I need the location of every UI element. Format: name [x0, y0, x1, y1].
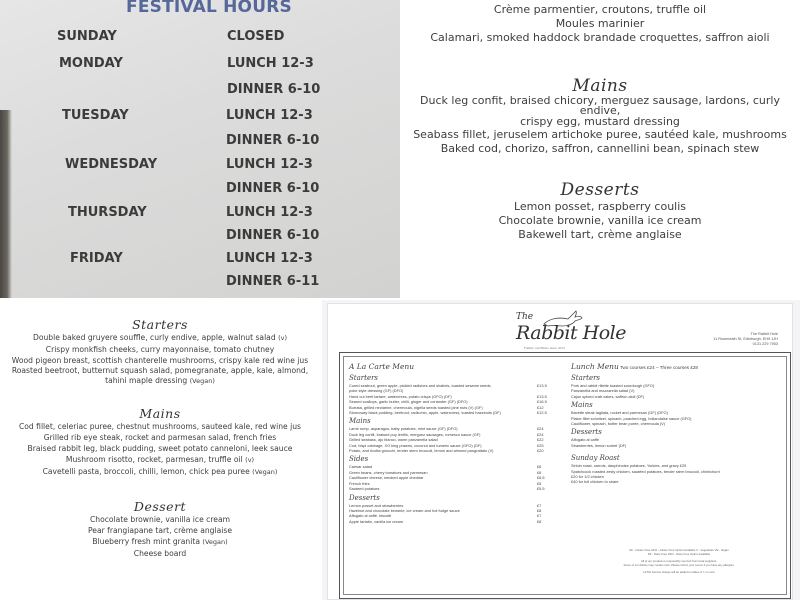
restaurant-address: The Rabbit Hole 11 Roseneath St, Edinbur…	[713, 332, 778, 347]
day-sunday: SUNDAY	[57, 29, 117, 44]
dish: Mushroom risotto, rocket, parmesan, truf…	[0, 454, 320, 466]
lunch-pricing: Two courses £24 – Three courses £28	[620, 365, 698, 370]
lunch-heading: Lunch Menu	[571, 362, 619, 371]
section-heading-dessert: Dessert	[0, 499, 320, 514]
menu-item: Sauteed potatoes£5.5	[349, 486, 559, 491]
dish: Cheese board	[0, 548, 320, 559]
menu-item: Cauliflower, spinach, butter bean puree,…	[571, 421, 781, 426]
lunch-column: Lunch Menu Two courses £24 – Three cours…	[571, 362, 781, 485]
hours-tuesday-dinner: DINNER 6-10	[226, 133, 319, 148]
a-la-carte-column: A La Carte Menu Starters Cured seatrout,…	[349, 362, 559, 524]
hours-tuesday-lunch: LUNCH 12-3	[226, 108, 313, 123]
menu-footer-notes: GF - Gluten Free GFO - Gluten Free Optio…	[604, 548, 754, 574]
hours-thursday-dinner: DINNER 6-10	[226, 228, 319, 243]
menu-item: Cajun spiced crab cakes, saffron aioli (…	[571, 394, 781, 399]
dish: Grilled rib eye steak, rocket and parmes…	[0, 432, 320, 443]
dish: Double baked gruyere souffle, curly endi…	[0, 332, 320, 344]
menu-item: Strawberries, lemon sorbet (DF)	[571, 443, 781, 448]
section-heading-starters: Starters	[0, 317, 320, 332]
section-heading: Starters	[571, 374, 781, 383]
section-heading: Desserts	[571, 428, 781, 437]
dish: Blueberry fresh mint granita (Vegan)	[0, 536, 320, 548]
section-heading: Sunday Roast	[571, 454, 781, 463]
dish: Braised rabbit leg, black pudding, sweet…	[0, 443, 320, 454]
dish: Roasted beetroot, butternut squash salad…	[0, 366, 320, 376]
section-heading: Sides	[349, 455, 559, 464]
dish: tahini maple dressing (Vegan)	[0, 376, 320, 386]
hours-friday-lunch: LUNCH 12-3	[226, 251, 313, 266]
menu-bottom-left: Starters Double baked gruyere souffle, c…	[0, 300, 320, 600]
section-heading: Starters	[349, 374, 559, 383]
dish: Crème parmentier, croutons, truffle oil	[400, 3, 800, 17]
section-heading: Desserts	[349, 494, 559, 503]
a-la-carte-heading: A La Carte Menu	[349, 362, 559, 372]
day-monday: MONDAY	[59, 56, 123, 71]
menu-item: £40 for full chicken to share	[571, 479, 781, 484]
day-wednesday: WEDNESDAY	[65, 157, 157, 172]
day-friday: FRIDAY	[70, 251, 123, 266]
window-frame-edge	[0, 110, 12, 298]
hours-wednesday-dinner: DINNER 6-10	[226, 181, 319, 196]
menu-item: Stornoway black pudding, beetroot, radic…	[349, 410, 559, 415]
festival-hours-title: FESTIVAL HOURS	[0, 0, 400, 17]
day-thursday: THURSDAY	[68, 205, 147, 220]
dish: Baked cod, chorizo, saffron, cannellini …	[400, 142, 800, 156]
dish: Lemon posset, raspberry coulis	[400, 200, 800, 214]
dish: Bakewell tart, crème anglaise	[400, 228, 800, 242]
day-tuesday: TUESDAY	[62, 108, 129, 123]
section-heading: Mains	[571, 401, 781, 410]
dish: Duck leg confit, braised chicory, mergue…	[400, 96, 800, 116]
section-heading-mains: Mains	[400, 76, 800, 96]
menu-top-right: Crème parmentier, croutons, truffle oil …	[400, 0, 800, 298]
hours-sunday: CLOSED	[227, 29, 284, 44]
dish: crispy egg, mustard dressing	[400, 116, 800, 128]
dish: Chocolate brownie, vanilla ice cream	[400, 214, 800, 228]
hours-monday-dinner: DINNER 6-10	[227, 82, 320, 97]
festival-hours-photo: FESTIVAL HOURS SUNDAY CLOSED MONDAY LUNC…	[0, 0, 400, 298]
menu-item: Potato, and ricotta gnocchi, tender stem…	[349, 448, 559, 453]
dish: Cavetelli pasta, broccoli, chilli, lemon…	[0, 466, 320, 478]
logo: The Rabbit Hole Family run Bistro since …	[508, 308, 618, 354]
dish: Chocolate brownie, vanilla ice cream	[0, 514, 320, 525]
section-heading-desserts: Desserts	[400, 180, 800, 200]
dish: Cod fillet, celeriac puree, chestnut mus…	[0, 421, 320, 432]
dish: Pear frangiapane tart, crème anglaise	[0, 525, 320, 536]
dish: Moules marinier	[400, 17, 800, 31]
dish: Calamari, smoked haddock brandade croque…	[400, 31, 800, 45]
section-heading: Mains	[349, 417, 559, 426]
hours-friday-dinner: DINNER 6-11	[226, 274, 319, 289]
menu-item: Apple tartatin, vanilla ice cream£8	[349, 519, 559, 524]
dish: Crispy monkfish cheeks, curry mayonnaise…	[0, 344, 320, 355]
dish: Seabass fillet, jeruselem artichoke pure…	[400, 128, 800, 142]
rabbit-hole-menu: The Rabbit Hole Family run Bistro since …	[322, 300, 800, 600]
hours-wednesday-lunch: LUNCH 12-3	[226, 157, 313, 172]
menu-sheet: The Rabbit Hole Family run Bistro since …	[327, 303, 793, 600]
section-heading-mains: Mains	[0, 406, 320, 421]
hours-thursday-lunch: LUNCH 12-3	[226, 205, 313, 220]
hours-monday-lunch: LUNCH 12-3	[227, 56, 314, 71]
dish: Wood pigeon breast, scottish chanterelle…	[0, 355, 320, 366]
